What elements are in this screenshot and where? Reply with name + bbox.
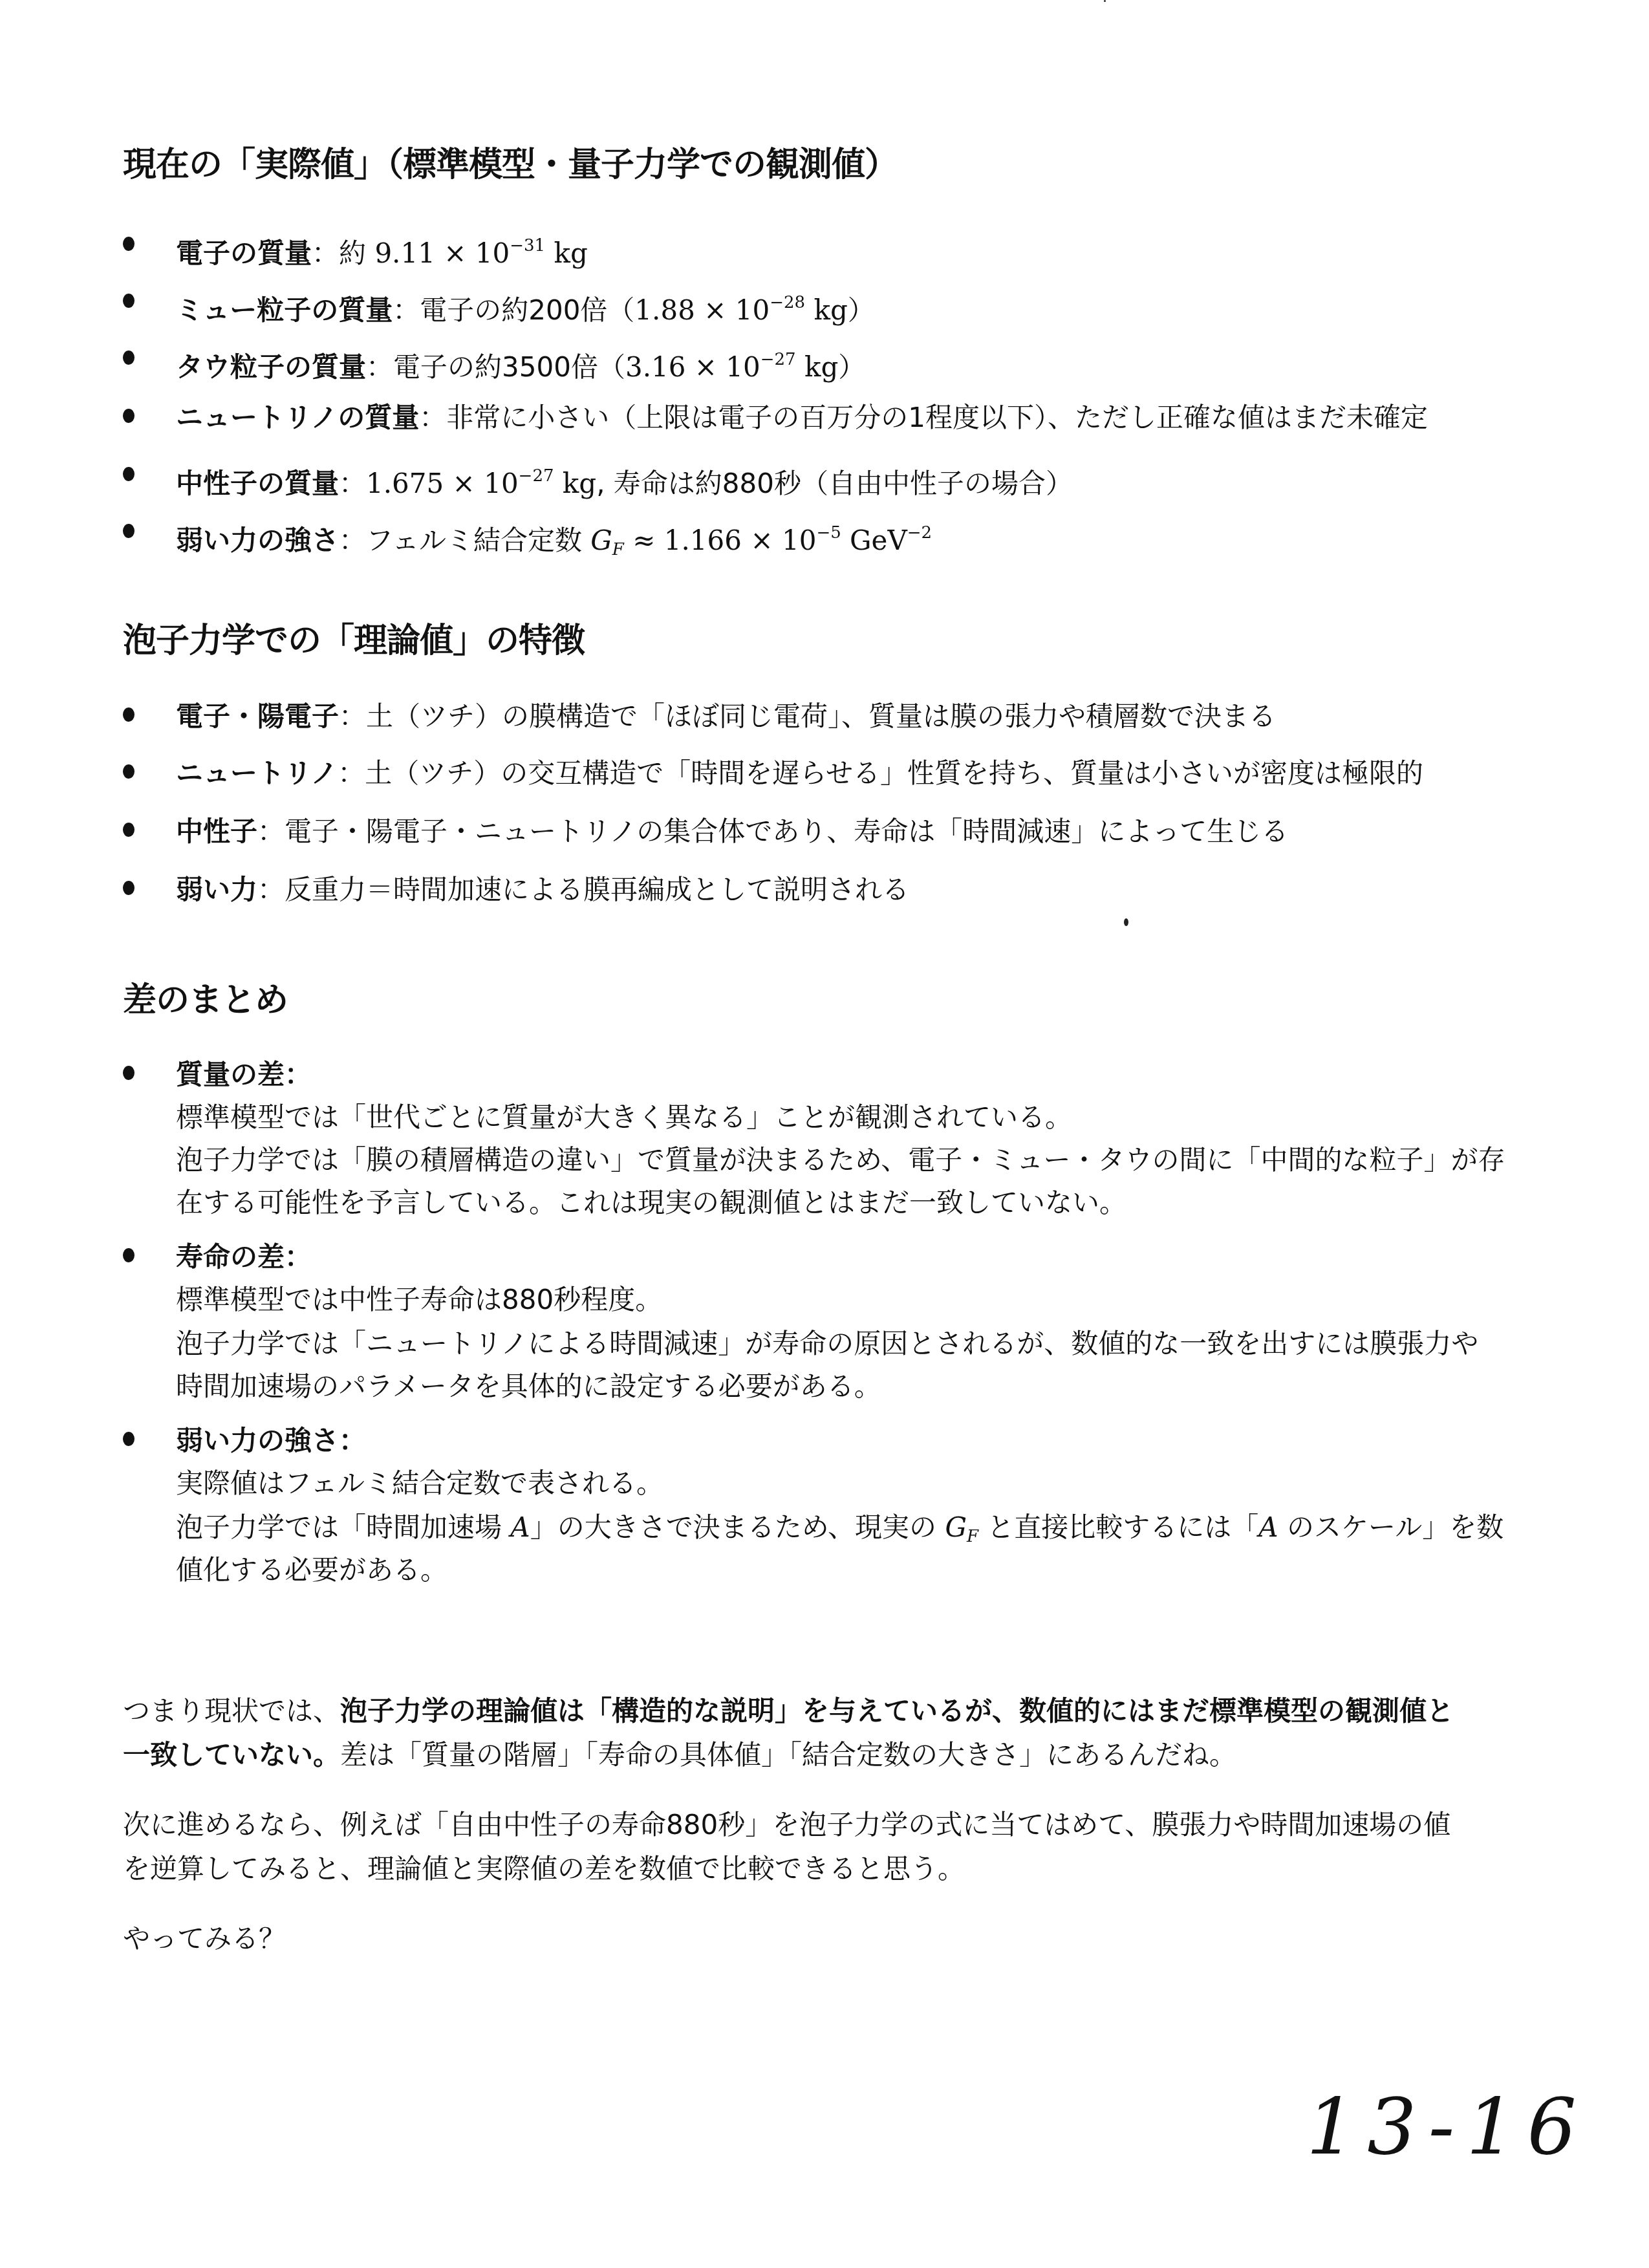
bullet-icon xyxy=(123,409,135,423)
bullet-icon xyxy=(123,1432,135,1446)
mass-difference-line-2: 泡子力学では「膜の積層構造の違い」で質量が決まるため、電子・ミュー・タウの間に「… xyxy=(176,1142,1505,1178)
next-step-line-1: 次に進めるなら、例えば「自由中性子の寿命880秒」を泡子力学の式に当てはめて、膜… xyxy=(123,1807,1450,1843)
bullet-icon xyxy=(123,351,135,365)
scan-speck xyxy=(1104,0,1106,2)
section-heading-theoretical-values: 泡子力学での「理論値」の特徴 xyxy=(123,613,585,662)
conclusion-line-2: 一致していない。差は「質量の階層」「寿命の具体値」「結合定数の大きさ」にあるんだ… xyxy=(123,1737,1236,1773)
weak-force-difference-line-1: 実際値はフェルミ結合定数で表される。 xyxy=(176,1465,663,1502)
mass-difference-line-1: 標準模型では「世代ごとに質量が大きく異なる」ことが観測されている。 xyxy=(176,1099,1072,1136)
next-step-line-2: を逆算してみると、理論値と実際値の差を数値で比較できると思う。 xyxy=(123,1851,965,1887)
bullet-icon xyxy=(123,294,135,308)
question-text: やってみる？ xyxy=(123,1921,286,1957)
lifetime-difference-line-1: 標準模型では中性子寿命は880秒程度。 xyxy=(176,1282,662,1318)
bullet-icon xyxy=(123,823,135,837)
handwritten-page-mark: 13-16 xyxy=(1306,2082,1588,2172)
bullet-icon xyxy=(123,1248,135,1262)
section-heading-actual-values: 現在の「実際値」（標準模型・量子力学での観測値） xyxy=(123,137,898,186)
bullet-icon xyxy=(123,707,135,722)
scan-speck xyxy=(1124,918,1128,926)
bullet-icon xyxy=(123,1066,135,1080)
bullet-icon xyxy=(123,524,135,538)
document-page: 現在の「実際値」（標準模型・量子力学での観測値） 電子の質量：約 9.11 × … xyxy=(0,0,1649,2268)
bullet-icon xyxy=(123,237,135,251)
weak-force-difference-line-3: 値化する必要がある。 xyxy=(176,1552,447,1588)
lifetime-difference-line-3: 時間加速場のパラメータを具体的に設定する必要がある。 xyxy=(176,1368,881,1405)
bullet-icon xyxy=(123,764,135,779)
section-heading-summary-of-differences: 差のまとめ xyxy=(123,973,288,1021)
bullet-icon xyxy=(123,467,135,481)
bullet-icon xyxy=(123,881,135,895)
lifetime-difference-line-2: 泡子力学では「ニュートリノによる時間減速」が寿命の原因とされるが、数値的な一致を… xyxy=(176,1326,1478,1362)
weak-force-difference-line-2: 泡子力学では「時間加速場 A」の大きさで決まるため、現実の GF と直接比較する… xyxy=(176,1509,1503,1555)
mass-difference-line-3: 在する可能性を予言している。これは現実の観測値とはまだ一致していない。 xyxy=(176,1185,1126,1221)
conclusion-line-1: つまり現状では、泡子力学の理論値は「構造的な説明」を与えているが、数値的にはまだ… xyxy=(123,1693,1454,1729)
